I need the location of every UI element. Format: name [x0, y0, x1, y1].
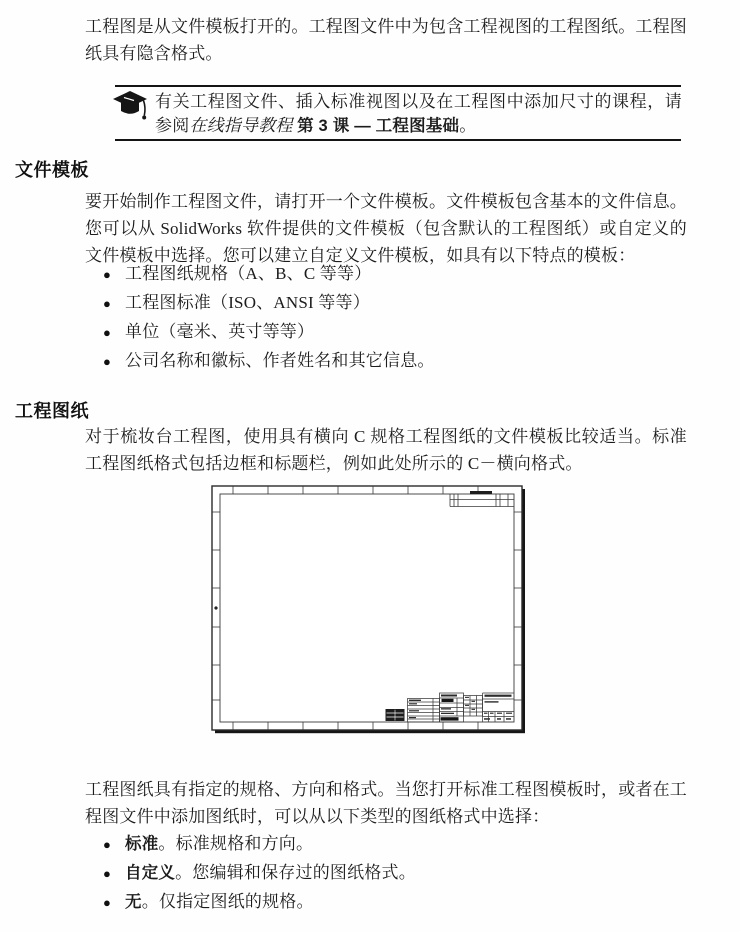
list-item: ● 标准。标准规格和方向。 [103, 830, 416, 859]
bullet-icon: ● [103, 318, 125, 347]
bullet-icon: ● [103, 347, 125, 376]
sheet-format-options-list: ● 标准。标准规格和方向。 ● 自定义。您编辑和保存过的图纸格式。 ● 无。仅指… [103, 830, 416, 917]
bullet-icon: ● [103, 888, 125, 917]
list-item-label: 标准。标准规格和方向。 [125, 830, 313, 859]
note-bottom-rule [115, 139, 681, 141]
option-term: 标准 [125, 835, 158, 853]
list-item: ● 自定义。您编辑和保存过的图纸格式。 [103, 859, 416, 888]
intro-paragraph: 工程图是从文件模板打开的。工程图文件中为包含工程视图的工程图纸。工程图纸具有隐含… [85, 13, 687, 67]
list-item-label: 无。仅指定图纸的规格。 [125, 888, 314, 917]
list-item: ● 工程图标准（ISO、ANSI 等等） [103, 289, 435, 318]
c-landscape-sheet-figure [211, 485, 525, 734]
file-template-paragraph: 要开始制作工程图文件，请打开一个文件模板。文件模板包含基本的文件信息。您可以从 … [85, 188, 687, 269]
option-term: 自定义 [125, 864, 175, 882]
sheet-intro-paragraph: 对于梳妆台工程图，使用具有横向 C 规格工程图纸的文件模板比较适当。标准工程图纸… [85, 423, 687, 477]
bullet-icon: ● [103, 289, 125, 318]
revisions-label-smudge [470, 491, 492, 494]
note-lesson-title: 第 3 课 — 工程图基础 [297, 117, 459, 135]
section-heading-drawing-sheets: 工程图纸 [15, 397, 89, 423]
center-zone-mark [214, 606, 217, 609]
bullet-icon: ● [103, 260, 125, 289]
sheet-format-paragraph: 工程图纸具有指定的规格、方向和格式。当您打开标准工程图模板时，或者在工程图文件中… [85, 776, 687, 830]
note-course-title: 在线指导教程 [189, 116, 292, 135]
option-desc: 。您编辑和保存过的图纸格式。 [175, 863, 416, 882]
list-item-label: 单位（毫米、英寸等等） [125, 318, 314, 347]
list-item: ● 公司名称和徽标、作者姓名和其它信息。 [103, 347, 435, 376]
list-item: ● 无。仅指定图纸的规格。 [103, 888, 416, 917]
list-item-label: 自定义。您编辑和保存过的图纸格式。 [125, 859, 416, 888]
list-item-label: 工程图标准（ISO、ANSI 等等） [125, 289, 370, 318]
list-item: ● 单位（毫米、英寸等等） [103, 318, 435, 347]
option-term: 无 [125, 893, 142, 911]
section-heading-file-templates: 文件模板 [15, 156, 89, 182]
option-desc: 。仅指定图纸的规格。 [142, 892, 314, 911]
list-item-label: 工程图纸规格（A、B、C 等等） [125, 260, 371, 289]
note-top-rule [115, 85, 681, 87]
notes-block [386, 709, 405, 721]
bullet-icon: ● [103, 859, 125, 888]
option-desc: 。标准规格和方向。 [158, 834, 313, 853]
bullet-icon: ● [103, 830, 125, 859]
list-item-label: 公司名称和徽标、作者姓名和其它信息。 [125, 347, 435, 376]
note-paragraph: 有关工程图文件、插入标准视图以及在工程图中添加尺寸的课程，请参阅在线指导教程 第… [155, 90, 682, 138]
template-feature-list: ● 工程图纸规格（A、B、C 等等） ● 工程图标准（ISO、ANSI 等等） … [103, 260, 435, 376]
note-suffix: 。 [459, 116, 476, 135]
list-item: ● 工程图纸规格（A、B、C 等等） [103, 260, 435, 289]
manual-page: 工程图是从文件模板打开的。工程图文件中为包含工程视图的工程图纸。工程图纸具有隐含… [0, 0, 740, 932]
graduation-cap-icon [111, 88, 149, 130]
